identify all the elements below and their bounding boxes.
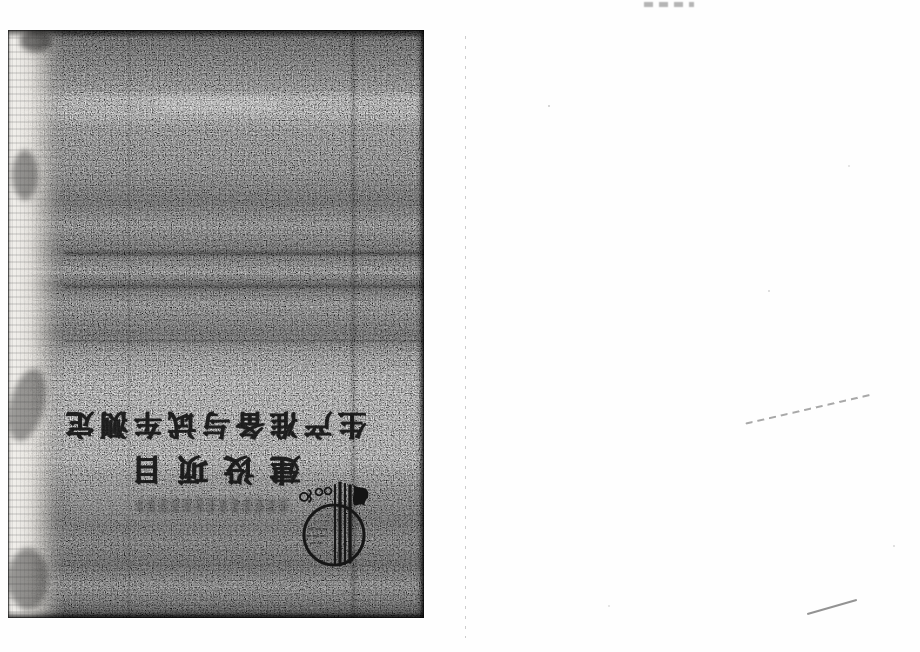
scratch-artifact xyxy=(807,599,858,615)
publisher-emblem-icon xyxy=(291,478,377,574)
binding-gutter xyxy=(8,30,64,618)
paper-specks xyxy=(548,105,550,107)
scan-vertical-streak xyxy=(128,30,130,618)
book-cover-scan: 建设项目 生产准备与试车测定 xyxy=(8,30,424,618)
scan-horizontal-crease xyxy=(64,286,424,288)
book-title-block: 建设项目 生产准备与试车测定 xyxy=(44,382,388,490)
scan-dark-blot xyxy=(8,548,48,610)
page-edge-artifact-line xyxy=(465,36,466,638)
top-edge-smudge xyxy=(644,2,694,7)
scan-dark-blot xyxy=(20,30,52,52)
scanned-page: 建设项目 生产准备与试车测定 xyxy=(0,0,920,652)
scan-dark-blot xyxy=(12,150,38,200)
scan-light-mark xyxy=(158,96,278,112)
illegible-imprint-line xyxy=(136,498,292,513)
scan-horizontal-crease xyxy=(64,340,424,342)
scan-horizontal-crease xyxy=(64,252,424,255)
scratch-artifact xyxy=(745,393,872,424)
book-title-main: 生产准备与试车测定 xyxy=(38,402,388,446)
